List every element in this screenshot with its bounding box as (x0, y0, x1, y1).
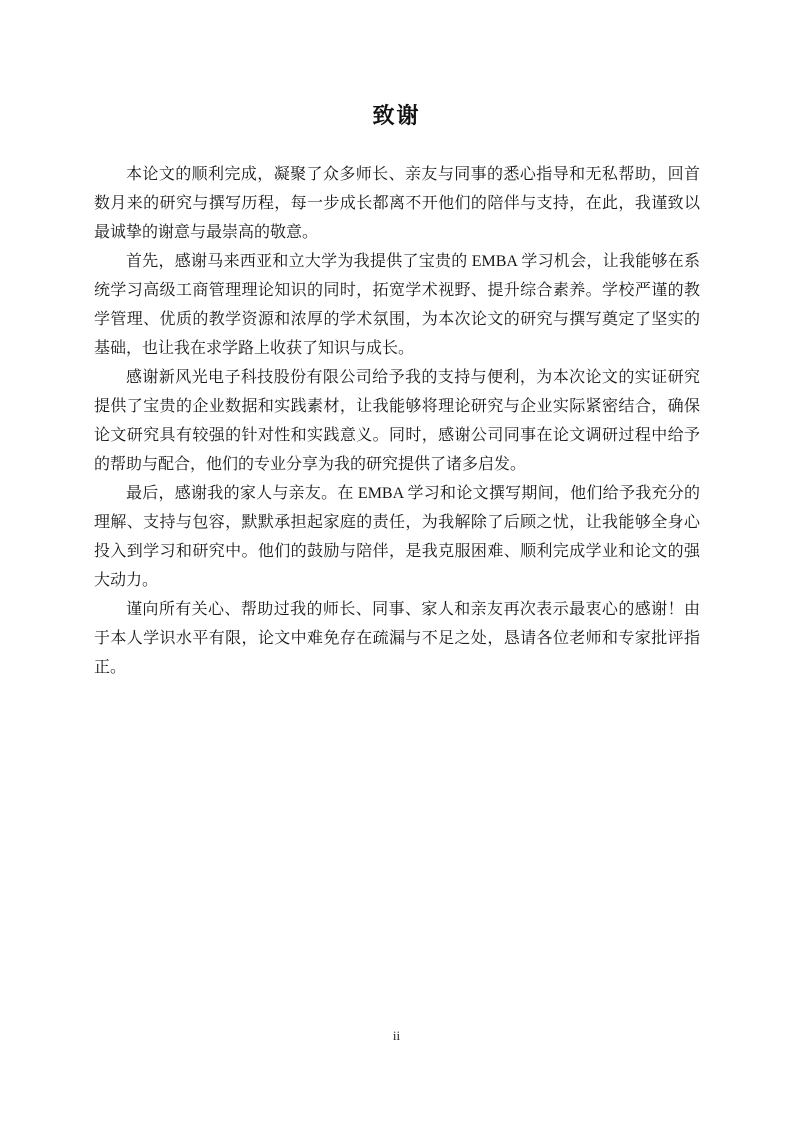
page-number: ii (0, 1027, 793, 1045)
document-page: 致谢 本论文的顺利完成，凝聚了众多师长、亲友与同事的悉心指导和无私帮助，回首数月… (0, 0, 793, 1122)
acknowledgement-paragraph-3: 感谢新风光电子科技股份有限公司给予我的支持与便利，为本次论文的实证研究提供了宝贵… (94, 363, 700, 479)
page-title: 致谢 (0, 0, 793, 131)
document-body: 本论文的顺利完成，凝聚了众多师长、亲友与同事的悉心指导和无私帮助，回首数月来的研… (0, 160, 793, 682)
acknowledgement-paragraph-4: 最后，感谢我的家人与亲友。在 EMBA 学习和论文撰写期间，他们给予我充分的理解… (94, 479, 700, 595)
acknowledgement-paragraph-5: 谨向所有关心、帮助过我的师长、同事、家人和亲友再次表示最衷心的感谢！由于本人学识… (94, 595, 700, 682)
acknowledgement-paragraph-1: 本论文的顺利完成，凝聚了众多师长、亲友与同事的悉心指导和无私帮助，回首数月来的研… (94, 160, 700, 247)
acknowledgement-paragraph-2: 首先，感谢马来西亚和立大学为我提供了宝贵的 EMBA 学习机会，让我能够在系统学… (94, 247, 700, 363)
